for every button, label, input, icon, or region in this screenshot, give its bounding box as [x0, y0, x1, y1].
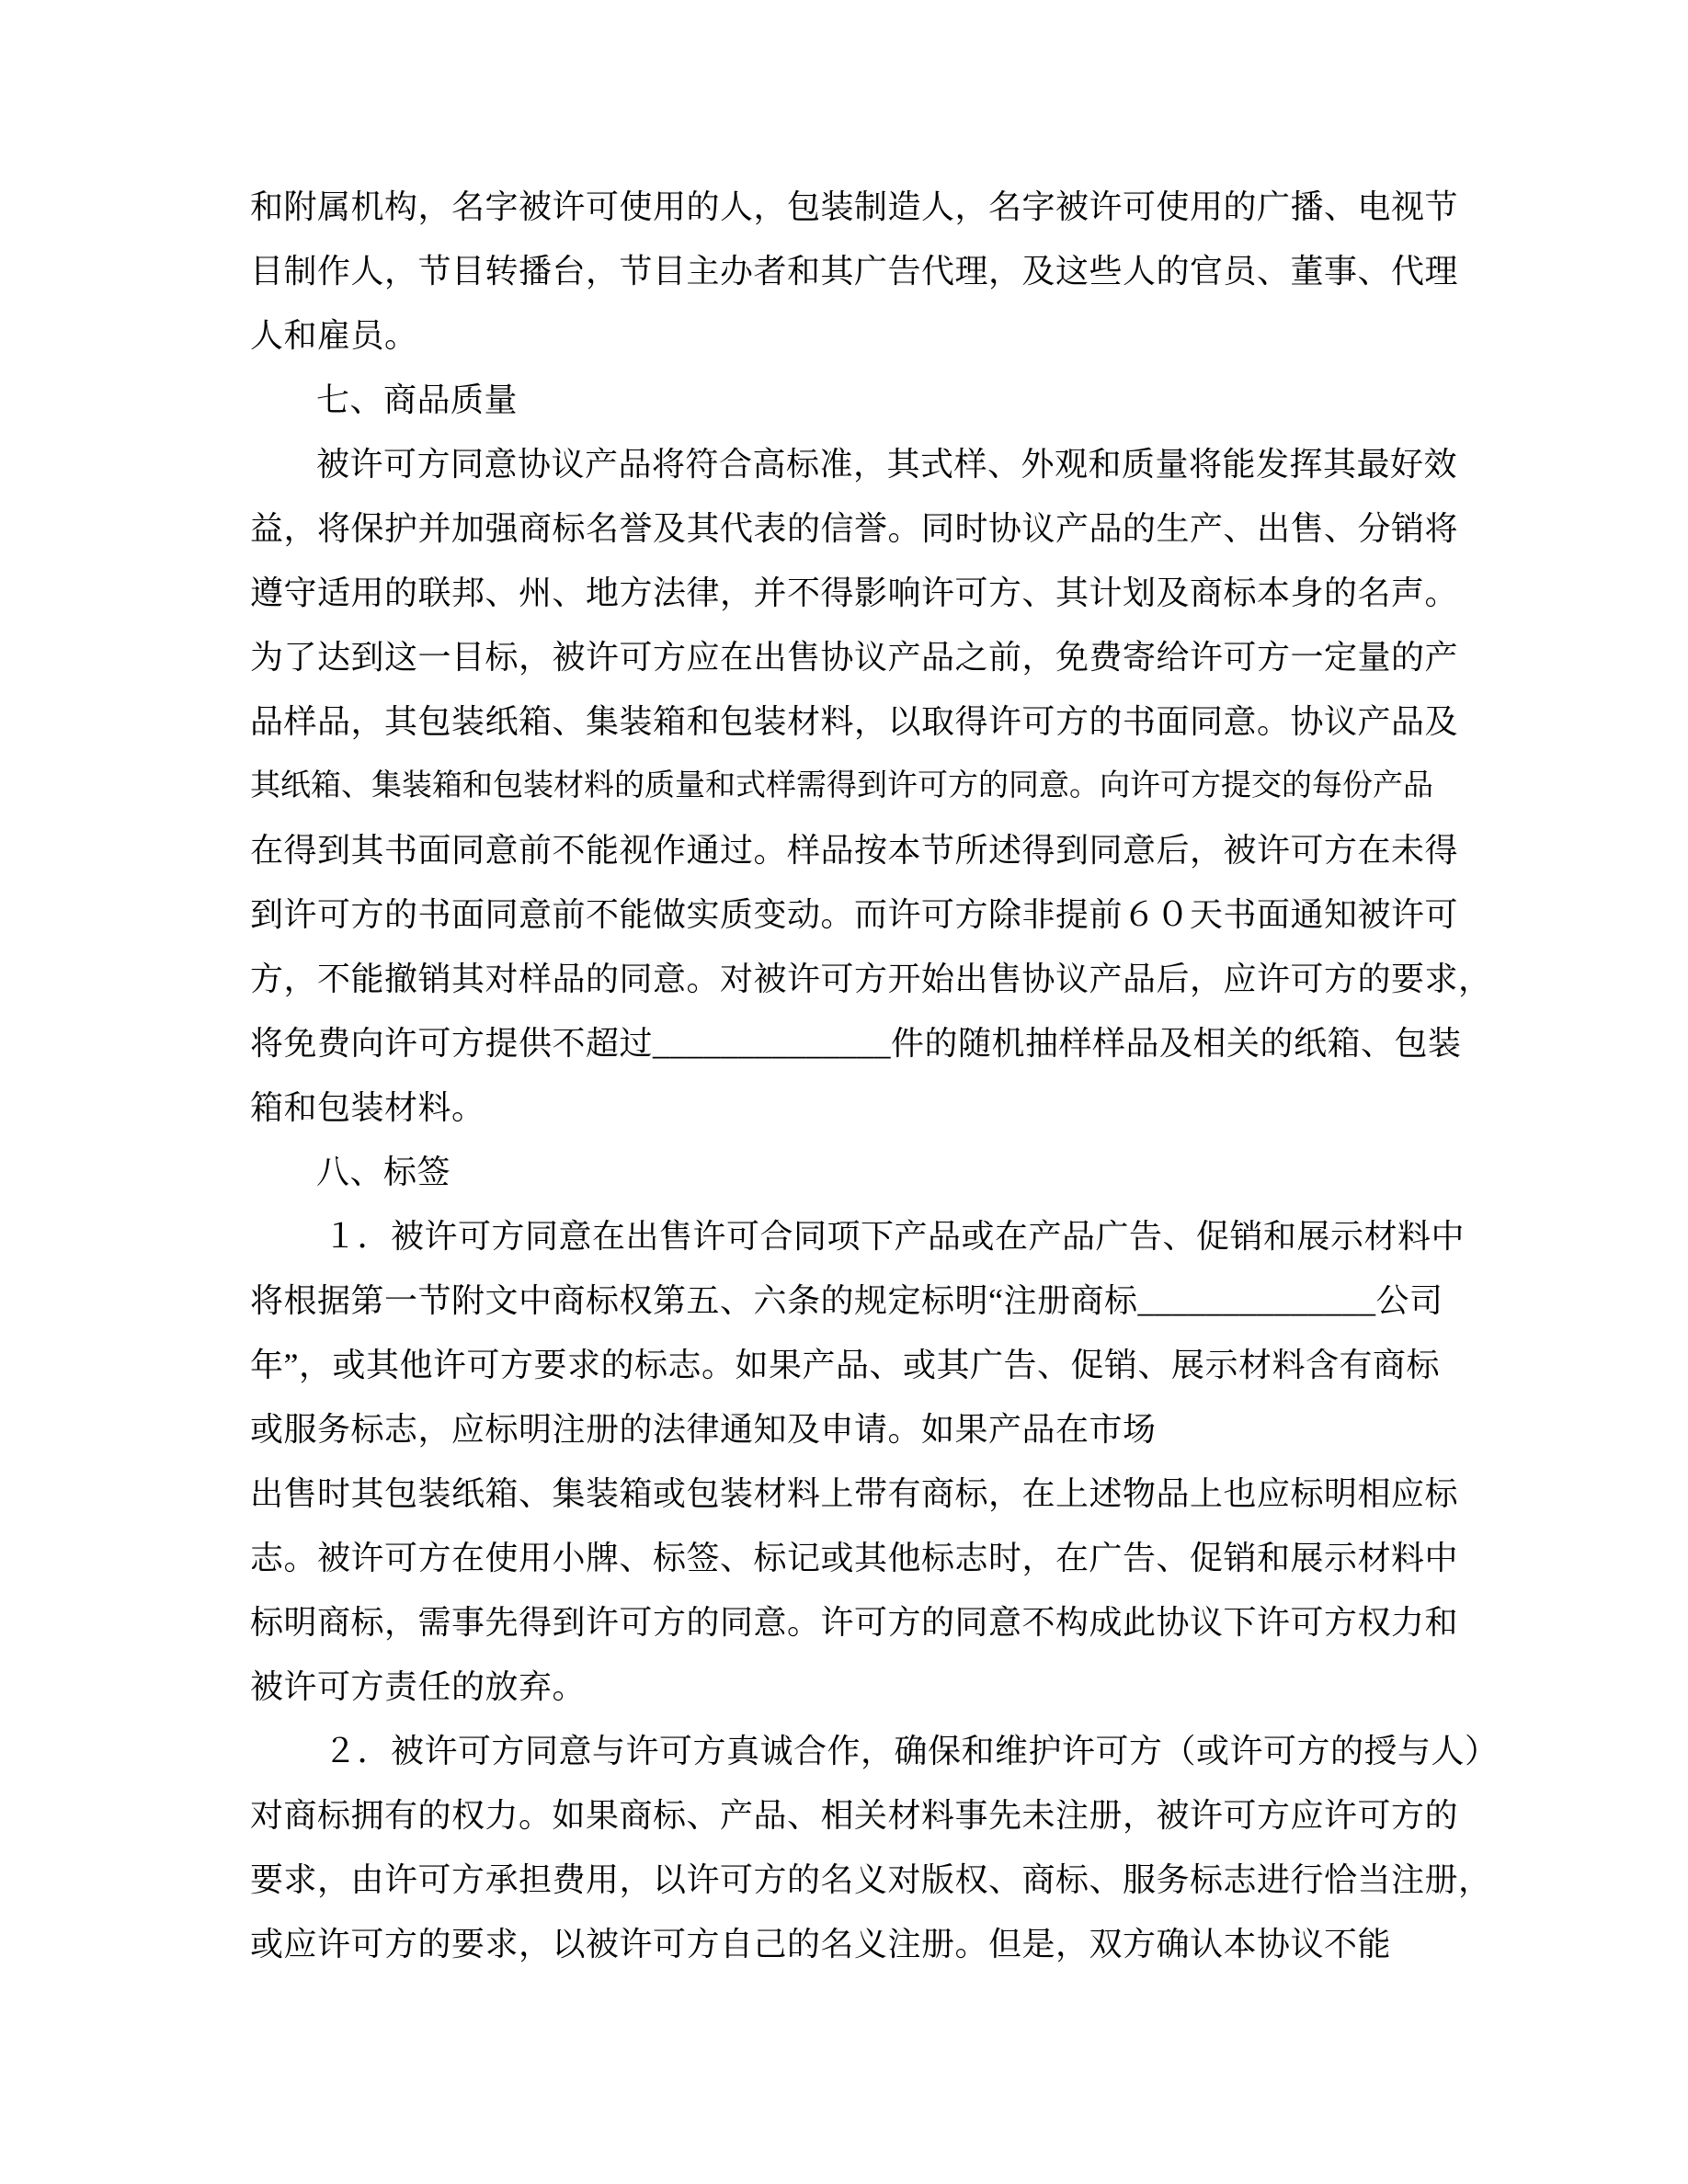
doc-line: 或应许可方的要求，以被许可方自己的名义注册。但是，双方确认本协议不能	[250, 1912, 1449, 1976]
doc-line: 益，将保护并加强商标名誉及其代表的信誉。同时协议产品的生产、出售、分销将	[250, 496, 1449, 561]
doc-line-item-1: １．被许可方同意在出售许可合同项下产品或在产品广告、促销和展示材料中	[250, 1204, 1449, 1268]
doc-line: 年”，或其他许可方要求的标志。如果产品、或其广告、促销、展示材料含有商标	[250, 1333, 1449, 1397]
doc-line: 箱和包装材料。	[250, 1075, 1449, 1140]
doc-line-blank-field: 将免费向许可方提供不超过______________件的随机抽样样品及相关的纸箱…	[250, 1011, 1449, 1075]
doc-line: 标明商标，需事先得到许可方的同意。许可方的同意不构成此协议下许可方权力和	[250, 1590, 1449, 1655]
doc-line: 人和雇员。	[250, 303, 1449, 368]
doc-line: 目制作人，节目转播台，节目主办者和其广告代理，及这些人的官员、董事、代理	[250, 239, 1449, 303]
doc-line: 或服务标志，应标明注册的法律通知及申请。如果产品在市场	[250, 1397, 1449, 1462]
doc-line: 被许可方同意协议产品将符合高标准，其式样、外观和质量将能发挥其最好效	[250, 432, 1449, 496]
section-heading-quality: 七、商品质量	[250, 368, 1449, 432]
doc-line: 对商标拥有的权力。如果商标、产品、相关材料事先未注册，被许可方应许可方的	[250, 1783, 1449, 1848]
doc-line: 品样品，其包装纸箱、集装箱和包装材料，以取得许可方的书面同意。协议产品及	[250, 689, 1449, 754]
doc-line: 到许可方的书面同意前不能做实质变动。而许可方除非提前６０天书面通知被许可	[250, 882, 1449, 947]
doc-line: 方，不能撤销其对样品的同意。对被许可方开始出售协议产品后，应许可方的要求，	[250, 947, 1449, 1011]
doc-line: 要求，由许可方承担费用，以许可方的名义对版权、商标、服务标志进行恰当注册，	[250, 1848, 1449, 1912]
doc-line: 和附属机构，名字被许可使用的人，包装制造人，名字被许可使用的广播、电视节	[250, 175, 1449, 239]
document-page: 和附属机构，名字被许可使用的人，包装制造人，名字被许可使用的广播、电视节 目制作…	[0, 0, 1688, 2184]
doc-line-blank-field: 将根据第一节附文中商标权第五、六条的规定标明“注册商标_____________…	[250, 1268, 1449, 1333]
doc-line: 出售时其包装纸箱、集装箱或包装材料上带有商标，在上述物品上也应标明相应标	[250, 1462, 1449, 1526]
doc-line: 为了达到这一目标，被许可方应在出售协议产品之前，免费寄给许可方一定量的产	[250, 625, 1449, 689]
document-content: 和附属机构，名字被许可使用的人，包装制造人，名字被许可使用的广播、电视节 目制作…	[250, 175, 1449, 1976]
doc-line: 遵守适用的联邦、州、地方法律，并不得影响许可方、其计划及商标本身的名声。	[250, 561, 1449, 625]
section-heading-label: 八、标签	[250, 1140, 1449, 1204]
doc-line: 在得到其书面同意前不能视作通过。样品按本节所述得到同意后，被许可方在未得	[250, 818, 1449, 882]
doc-line: 志。被许可方在使用小牌、标签、标记或其他标志时，在广告、促销和展示材料中	[250, 1526, 1449, 1590]
doc-line-small: 其纸箱、集装箱和包装材料的质量和式样需得到许可方的同意。向许可方提交的每份产品	[250, 754, 1449, 818]
doc-line-item-2: ２．被许可方同意与许可方真诚合作，确保和维护许可方（或许可方的授与人）	[250, 1719, 1449, 1783]
doc-line: 被许可方责任的放弃。	[250, 1655, 1449, 1719]
